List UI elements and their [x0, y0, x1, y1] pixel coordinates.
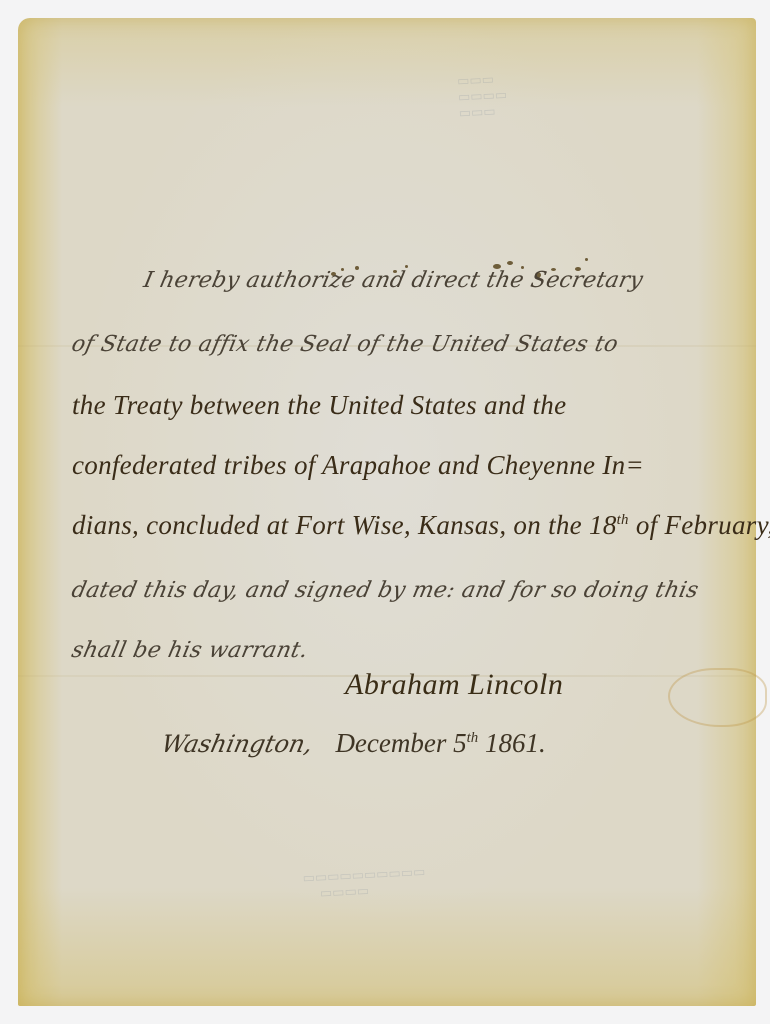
body-line-5: dians, concluded at Fort Wise, Kansas, o…: [72, 510, 770, 541]
date-year: 1861.: [478, 728, 546, 758]
body-line-4: confederated tribes of Arapahoe and Chey…: [72, 450, 644, 481]
water-stain: [668, 668, 767, 727]
body-line-7: shall be his warrant.: [69, 638, 310, 663]
bleed-through-marks: ▭▭▭▭▭▭▭▭▭▭: [457, 72, 509, 123]
dateline: Washington, December 5th 1861.: [162, 728, 546, 759]
date-day: December 5: [335, 728, 466, 758]
ordinal-suffix: th: [617, 512, 629, 528]
body-line-1: I hereby authorize and direct the Secret…: [141, 268, 645, 293]
body-line-3: the Treaty between the United States and…: [72, 390, 566, 421]
body-line-5-tail: of February, 1861,: [629, 510, 770, 540]
body-line-2: of State to affix the Seal of the United…: [69, 332, 620, 357]
date-ordinal: th: [467, 730, 479, 746]
body-line-5-text: dians, concluded at Fort Wise, Kansas, o…: [72, 510, 617, 540]
bleed-through-marks: ▭▭▭▭▭▭▭▭▭▭ ▭▭▭▭: [302, 865, 426, 903]
place: Washington,: [159, 730, 315, 758]
date: December 5th 1861.: [335, 728, 545, 758]
signature: Abraham Lincoln: [345, 668, 563, 702]
body-line-6: dated this day, and signed by me: and fo…: [69, 578, 701, 603]
